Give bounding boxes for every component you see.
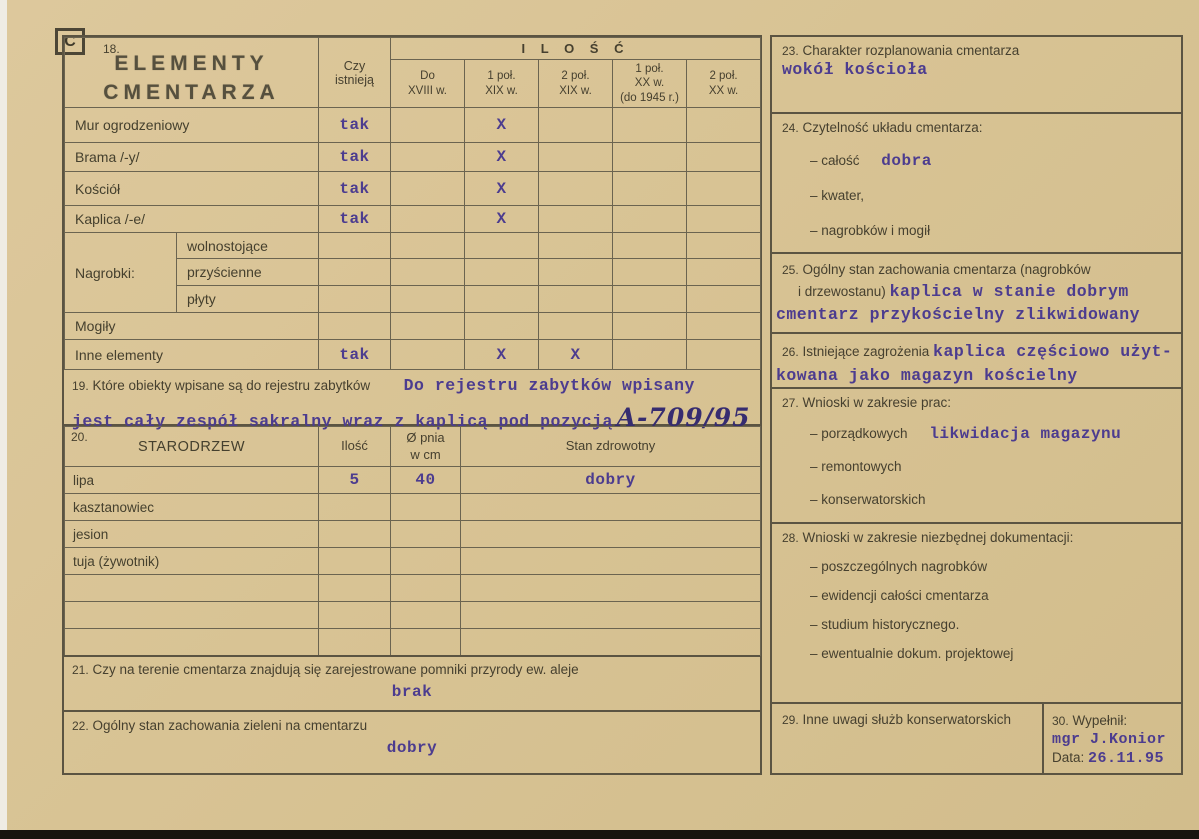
list-item: – ewentualnie dokum. projektowej — [782, 646, 1173, 661]
section25-label-line1: Ogólny stan zachowania cmentarza (nagrob… — [802, 262, 1090, 277]
elements-title-cell: 18. ELEMENTY CMENTARZA — [65, 38, 319, 108]
section-19-registry: 19. Które obiekty wpisane są do rejestru… — [64, 369, 760, 426]
period-mark — [687, 143, 761, 172]
table-row: Mogiły — [65, 313, 761, 340]
period-mark — [613, 340, 687, 370]
section24-item-label: – kwater, — [810, 188, 864, 203]
trees-count-header: Ilość — [319, 427, 391, 467]
section28-label: Wnioski w zakresie niezbędnej dokumentac… — [802, 530, 1073, 545]
element-label: przyścienne — [177, 259, 319, 286]
period-mark — [613, 172, 687, 206]
section22-label: Ogólny stan zachowania zieleni na cmenta… — [92, 718, 367, 733]
period-mark — [391, 313, 465, 340]
period-col-header: 1 poł. XIX w. — [465, 60, 539, 108]
period-mark — [539, 108, 613, 143]
tree-species — [65, 602, 319, 629]
scanned-form: C 18. ELEMENTY CMENTARZA Czy istnieją I … — [0, 0, 1199, 839]
tree-species: kasztanowiec — [65, 494, 319, 521]
period-mark — [391, 286, 465, 313]
section-24-layout-legibility: 24. Czytelność układu cmentarza: – całoś… — [772, 112, 1181, 252]
section22-typed-value: dobry — [72, 739, 752, 757]
period-col-header: 2 poł. XIX w. — [539, 60, 613, 108]
section24-label: Czytelność układu cmentarza: — [802, 120, 982, 135]
tree-species — [65, 575, 319, 602]
tree-diameter — [391, 575, 461, 602]
period-mark — [465, 233, 539, 259]
period-mark: X — [465, 340, 539, 370]
list-item: – kwater, — [782, 187, 1173, 205]
period-mark — [391, 233, 465, 259]
section26-line1: 26. Istniejące zagrożenia kaplica części… — [782, 340, 1173, 364]
tree-count — [319, 602, 391, 629]
section27-item-label: – konserwatorskich — [810, 492, 926, 507]
list-item: – nagrobków i mogił — [782, 222, 1173, 240]
period-mark — [465, 259, 539, 286]
section28-item-label: – poszczególnych nagrobków — [810, 559, 987, 574]
quantity-header: I L O Ś Ć — [391, 38, 761, 60]
list-item: – całość dobra — [782, 152, 1173, 170]
period-mark: X — [539, 340, 613, 370]
section22-number: 22. — [72, 719, 89, 733]
elements-title-stamp: ELEMENTY CMENTARZA — [65, 50, 318, 107]
section30-date-label: Data: — [1052, 750, 1084, 765]
tree-health — [461, 521, 761, 548]
section-29-30-row: 29. Inne uwagi służb konserwatorskich 30… — [772, 702, 1181, 773]
table-row — [65, 629, 761, 656]
period-mark — [391, 206, 465, 233]
tree-health — [461, 575, 761, 602]
section21-label: Czy na terenie cmentarza znajdują się za… — [92, 662, 578, 677]
section23-number: 23. — [782, 44, 799, 58]
scan-edge-strip — [0, 830, 1199, 839]
gravestones-group-label: Nagrobki: — [65, 233, 177, 313]
exists-value: tak — [319, 143, 391, 172]
period-mark — [613, 286, 687, 313]
section26-number: 26. — [782, 345, 799, 359]
table-row: Inne elementy tak X X — [65, 340, 761, 370]
trees-title-cell: 20. STARODRZEW — [65, 427, 319, 467]
period-col-header: 2 poł. XX w. — [687, 60, 761, 108]
left-panel: 18. ELEMENTY CMENTARZA Czy istnieją I L … — [62, 35, 762, 775]
old-trees-table: 20. STARODRZEW Ilość Ø pnia w cm Stan zd… — [64, 426, 761, 656]
period-col-header: 1 poł. XX w. (do 1945 r.) — [613, 60, 687, 108]
tree-count — [319, 629, 391, 656]
tree-count — [319, 575, 391, 602]
exists-value: tak — [319, 206, 391, 233]
section-21-nature-monuments: 21. Czy na terenie cmentarza znajdują si… — [64, 655, 760, 710]
section-25-preservation-state: 25. Ogólny stan zachowania cmentarza (na… — [772, 252, 1181, 332]
tree-species: jesion — [65, 521, 319, 548]
period-mark — [687, 259, 761, 286]
period-mark: X — [465, 108, 539, 143]
element-label: Kaplica /-e/ — [65, 206, 319, 233]
period-mark — [391, 259, 465, 286]
trees-title: STARODRZEW — [65, 439, 318, 455]
list-item: – poszczególnych nagrobków — [782, 559, 1173, 574]
section27-label: Wnioski w zakresie prac: — [802, 395, 951, 410]
exists-value — [319, 259, 391, 286]
table-row: lipa 5 40 dobry — [65, 467, 761, 494]
section28-item-label: – studium historycznego. — [810, 617, 959, 632]
section25-line1: 25. Ogólny stan zachowania cmentarza (na… — [782, 260, 1173, 280]
tree-diameter — [391, 629, 461, 656]
element-label: wolnostojące — [177, 233, 319, 259]
tree-health: dobry — [461, 467, 761, 494]
element-label: Mur ogrodzeniowy — [65, 108, 319, 143]
section30-header: 30. Wypełnił: — [1052, 712, 1175, 730]
section28-item-label: – ewidencji całości cmentarza — [810, 588, 989, 603]
tree-species: tuja (żywotnik) — [65, 548, 319, 575]
period-col-header: Do XVIII w. — [391, 60, 465, 108]
section28-item-label: – ewentualnie dokum. projektowej — [810, 646, 1013, 661]
section28-number: 28. — [782, 531, 799, 545]
table-row: Kaplica /-e/ tak X — [65, 206, 761, 233]
section26-label: Istniejące zagrożenia — [802, 344, 929, 359]
section25-number: 25. — [782, 263, 799, 277]
table-row: Mur ogrodzeniowy tak X — [65, 108, 761, 143]
period-mark — [613, 259, 687, 286]
tree-diameter — [391, 521, 461, 548]
period-mark — [687, 286, 761, 313]
section25-label-line2: i drzewostanu) — [798, 284, 886, 299]
period-mark — [391, 108, 465, 143]
section-28-documentation-recommendations: 28. Wnioski w zakresie niezbędnej dokume… — [772, 522, 1181, 702]
section25-line2: i drzewostanu) kaplica w stanie dobrym — [782, 280, 1173, 304]
section19-typed-line1: Do rejestru zabytków wpisany — [404, 376, 695, 395]
table-row: Kościół tak X — [65, 172, 761, 206]
exists-value: tak — [319, 172, 391, 206]
tree-diameter — [391, 602, 461, 629]
section29-label: Inne uwagi służb konserwatorskich — [802, 712, 1011, 727]
exists-value — [319, 233, 391, 259]
period-mark — [687, 233, 761, 259]
section19-line1: 19. Które obiekty wpisane są do rejestru… — [72, 373, 754, 399]
section23-label: Charakter rozplanowania cmentarza — [802, 43, 1019, 58]
section24-item-typed: dobra — [881, 152, 932, 170]
element-label: Brama /-y/ — [65, 143, 319, 172]
section27-item-label: – remontowych — [810, 459, 902, 474]
period-mark — [687, 340, 761, 370]
exists-value — [319, 286, 391, 313]
table-row — [65, 602, 761, 629]
section24-item-label: – nagrobków i mogił — [810, 223, 930, 238]
section-29-conservator-remarks: 29. Inne uwagi służb konserwatorskich — [772, 704, 1044, 773]
table-row — [65, 575, 761, 602]
tree-diameter — [391, 494, 461, 521]
element-label: Mogiły — [65, 313, 319, 340]
period-mark — [391, 340, 465, 370]
period-mark — [687, 206, 761, 233]
tree-count — [319, 494, 391, 521]
tree-count — [319, 548, 391, 575]
period-mark — [539, 143, 613, 172]
tree-count: 5 — [319, 467, 391, 494]
section30-typed-name: mgr J.Konior — [1052, 730, 1175, 750]
section27-item-typed: likwidacja magazynu — [929, 425, 1121, 443]
element-label: płyty — [177, 286, 319, 313]
section21-number: 21. — [72, 663, 89, 677]
exists-value — [319, 313, 391, 340]
period-mark — [539, 206, 613, 233]
section25-typed-line2: cmentarz przykościelny zlikwidowany — [776, 303, 1173, 327]
section19-label: Które obiekty wpisane są do rejestru zab… — [92, 378, 370, 393]
period-mark — [539, 286, 613, 313]
section30-date-line: Data: 26.11.95 — [1052, 749, 1175, 769]
list-item: – remontowych — [782, 458, 1173, 476]
section27-number: 27. — [782, 396, 799, 410]
period-mark — [465, 286, 539, 313]
section18-number: 18. — [103, 42, 120, 56]
element-label: Inne elementy — [65, 340, 319, 370]
tree-species — [65, 629, 319, 656]
tree-health — [461, 494, 761, 521]
period-mark — [539, 313, 613, 340]
tree-count — [319, 521, 391, 548]
tree-health — [461, 629, 761, 656]
period-mark — [687, 313, 761, 340]
table-row: kasztanowiec — [65, 494, 761, 521]
section26-typed-line2: kowana jako magazyn kościelny — [776, 364, 1173, 388]
period-mark — [539, 233, 613, 259]
period-mark: X — [465, 206, 539, 233]
section-30-completed-by: 30. Wypełnił: mgr J.Konior Data: 26.11.9… — [1044, 704, 1181, 773]
period-mark — [391, 143, 465, 172]
period-mark — [687, 108, 761, 143]
period-mark — [613, 108, 687, 143]
right-panel: 23. Charakter rozplanowania cmentarza wo… — [770, 35, 1183, 775]
tree-diameter — [391, 548, 461, 575]
exists-value: tak — [319, 340, 391, 370]
section27-item-label: – porządkowych — [810, 426, 908, 441]
list-item: – studium historycznego. — [782, 617, 1173, 632]
element-label: Kościół — [65, 172, 319, 206]
tree-species: lipa — [65, 467, 319, 494]
table-row: Brama /-y/ tak X — [65, 143, 761, 172]
period-mark — [613, 206, 687, 233]
exists-column-header: Czy istnieją — [319, 38, 391, 108]
period-mark — [465, 313, 539, 340]
table-row: Nagrobki: wolnostojące — [65, 233, 761, 259]
section-23-layout-character: 23. Charakter rozplanowania cmentarza wo… — [772, 37, 1181, 112]
section19-number: 19. — [72, 379, 89, 393]
section21-typed-value: brak — [72, 683, 752, 701]
table-row: tuja (żywotnik) — [65, 548, 761, 575]
section23-typed-value: wokół kościoła — [782, 60, 1173, 79]
period-mark — [539, 172, 613, 206]
list-item: – porządkowych likwidacja magazynu — [782, 425, 1173, 443]
section25-typed-line1: kaplica w stanie dobrym — [890, 282, 1129, 301]
section20-number: 20. — [71, 430, 88, 444]
period-mark: X — [465, 172, 539, 206]
tree-diameter: 40 — [391, 467, 461, 494]
period-mark: X — [465, 143, 539, 172]
section30-typed-date: 26.11.95 — [1088, 750, 1164, 767]
tree-health — [461, 548, 761, 575]
tree-health — [461, 602, 761, 629]
trees-diameter-header: Ø pnia w cm — [391, 427, 461, 467]
cemetery-elements-table: 18. ELEMENTY CMENTARZA Czy istnieją I L … — [64, 37, 761, 370]
period-mark — [613, 233, 687, 259]
section-22-greenery-condition: 22. Ogólny stan zachowania zieleni na cm… — [64, 710, 760, 773]
exists-value: tak — [319, 108, 391, 143]
list-item: – konserwatorskich — [782, 491, 1173, 509]
list-item: – ewidencji całości cmentarza — [782, 588, 1173, 603]
period-mark — [613, 313, 687, 340]
section-27-work-recommendations: 27. Wnioski w zakresie prac: – porządkow… — [772, 387, 1181, 522]
section30-label: Wypełnił: — [1072, 713, 1127, 728]
table-row: jesion — [65, 521, 761, 548]
section24-number: 24. — [782, 121, 799, 135]
section24-item-label: – całość — [810, 153, 860, 168]
period-mark — [539, 259, 613, 286]
period-mark — [687, 172, 761, 206]
section29-number: 29. — [782, 713, 799, 727]
section30-number: 30. — [1052, 714, 1069, 728]
period-mark — [613, 143, 687, 172]
section26-typed-line1: kaplica częściowo użyt- — [933, 342, 1172, 361]
period-mark — [391, 172, 465, 206]
section-26-existing-threats: 26. Istniejące zagrożenia kaplica części… — [772, 332, 1181, 387]
trees-health-header: Stan zdrowotny — [461, 427, 761, 467]
